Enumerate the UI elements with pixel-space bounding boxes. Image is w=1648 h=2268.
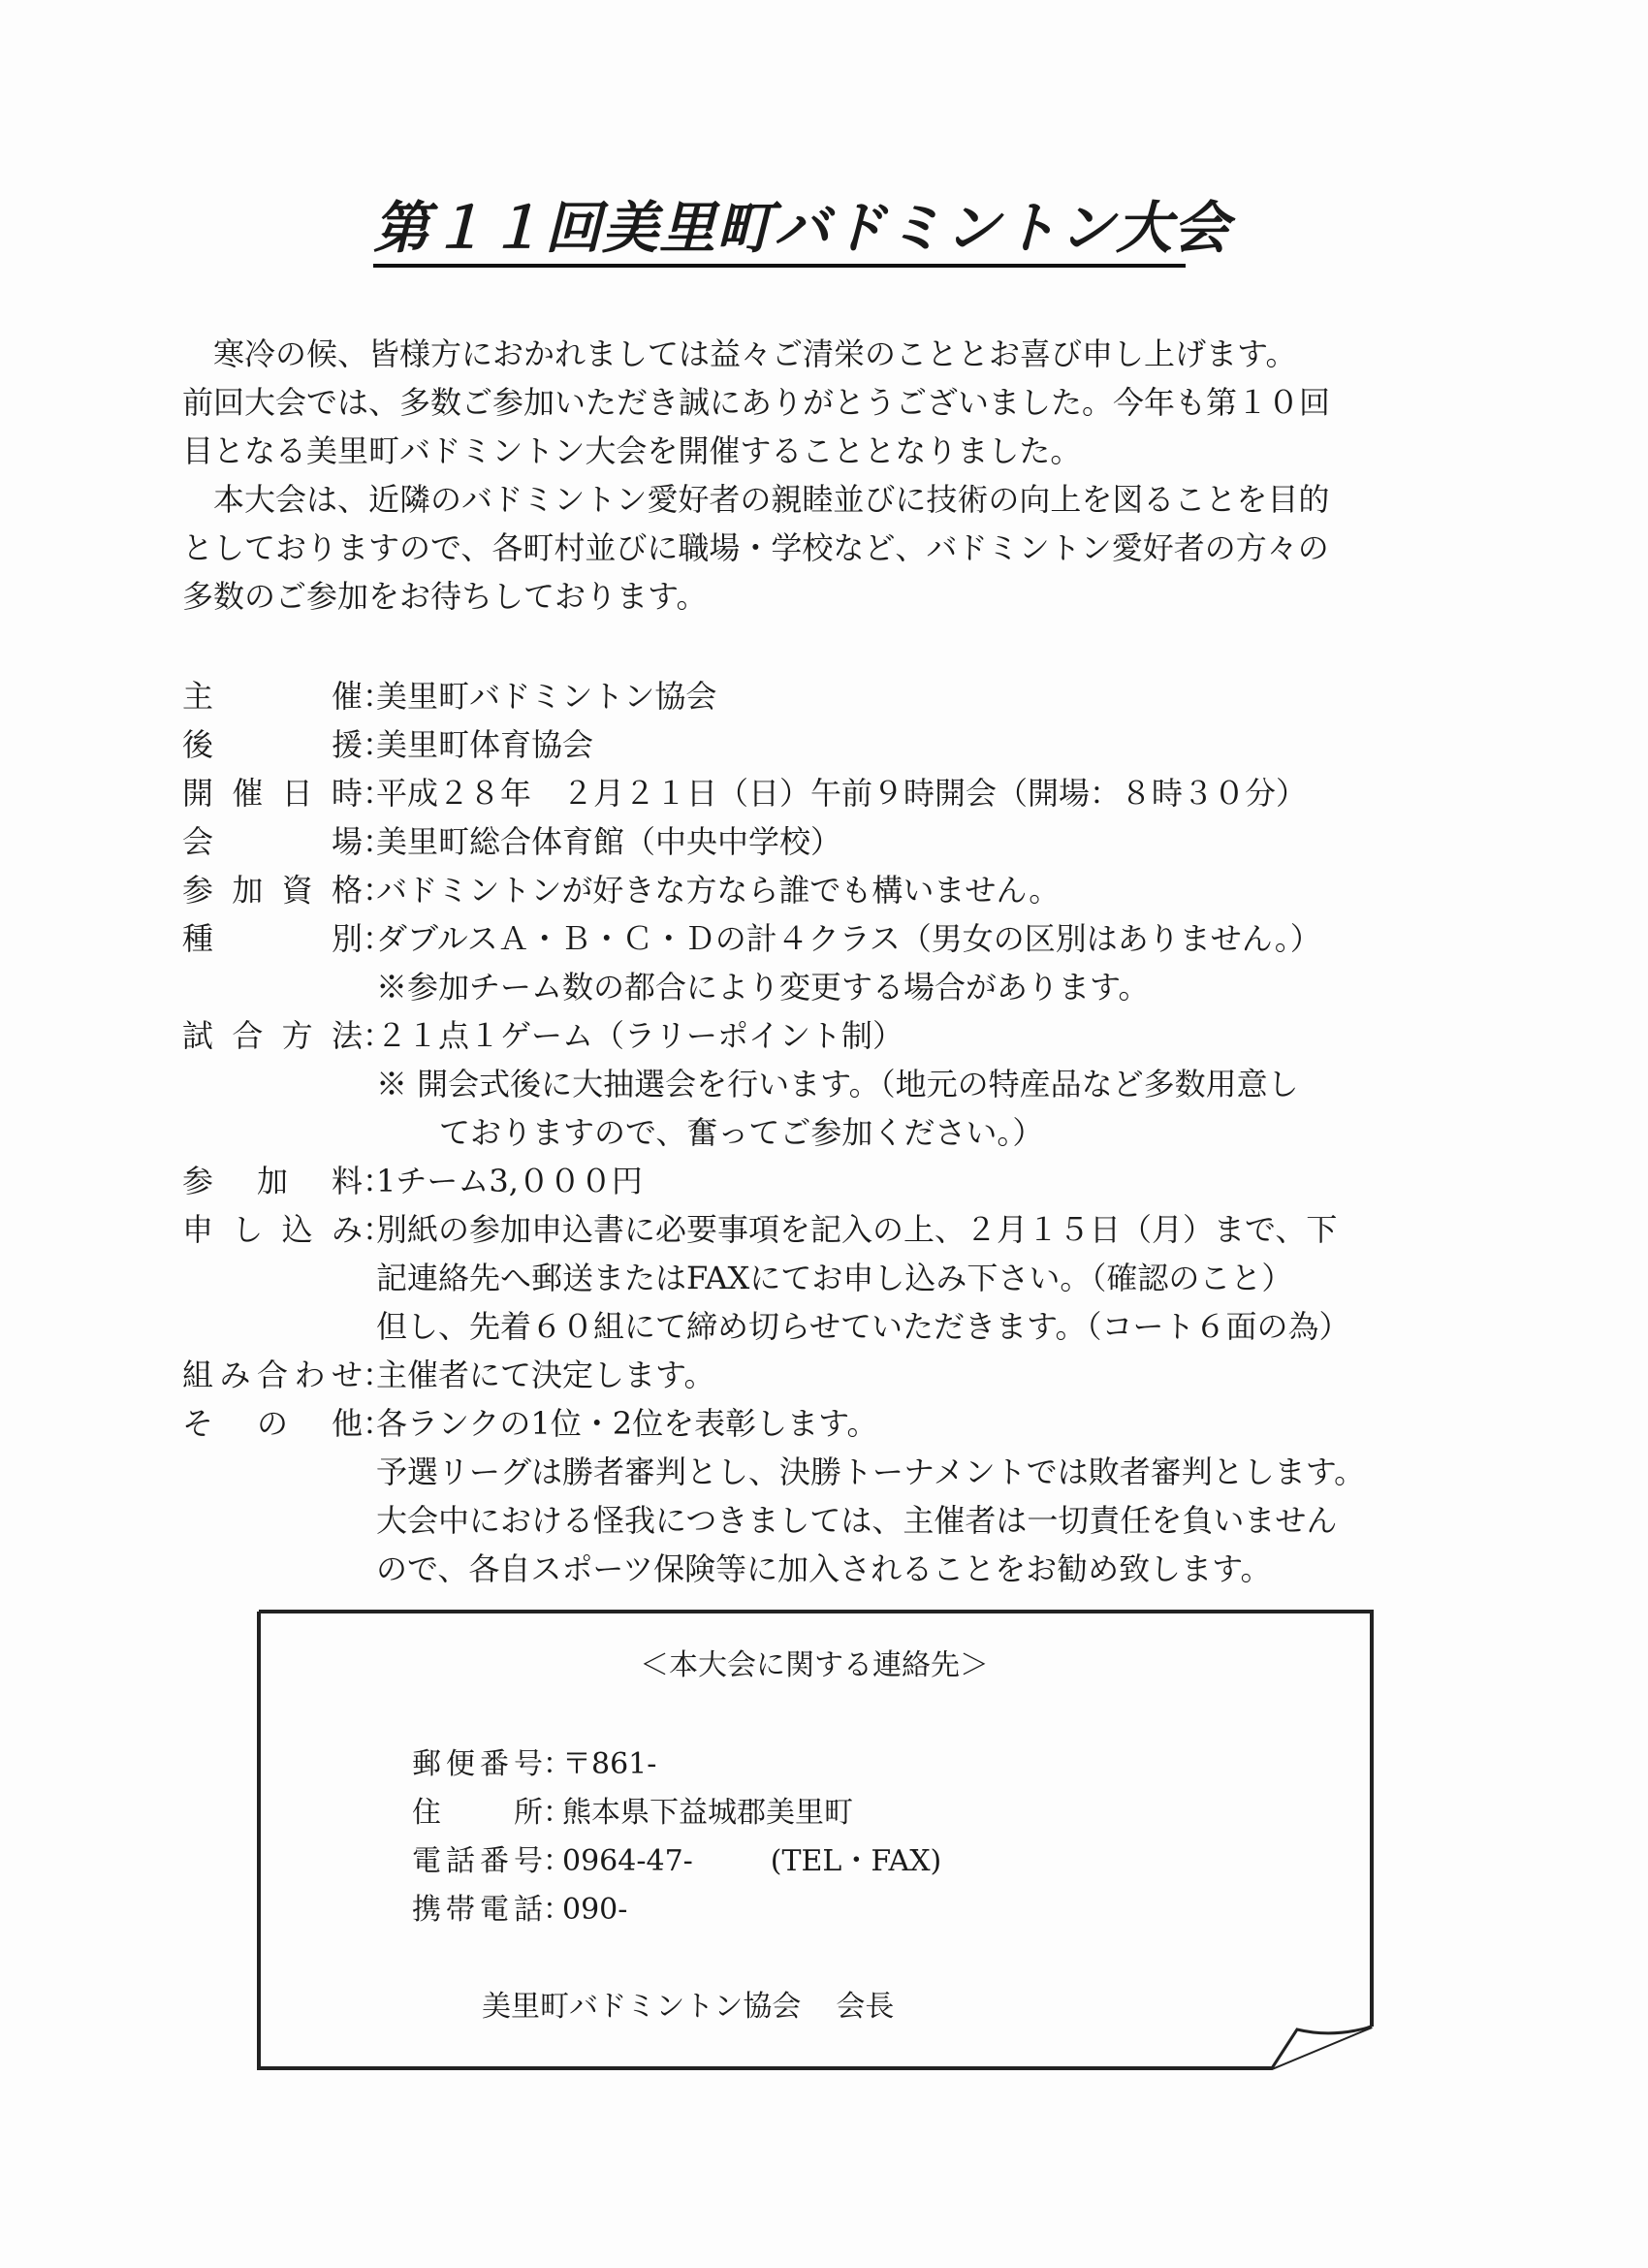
detail-date: 開催日時 ： 平成２８年 ２月２１日（日）午前９時開会（開場：８時３０分） (182, 769, 1442, 817)
detail-eligibility: 参加資格 ： バドミントンが好きな方なら誰でも構いません。 (182, 866, 1442, 914)
detail-value: バドミントンが好きな方なら誰でも構いません。 (376, 866, 1060, 914)
detail-label: 開催日時 (182, 769, 363, 817)
intro-line: 前回大会では、多数ご参加いただき誠にありがとうございました。今年も第１０回 (182, 378, 1404, 427)
contact-value: 〒861- (562, 1741, 656, 1789)
contact-value: 熊本県下益城郡美里町 (562, 1789, 853, 1837)
detail-fee: 参加料 ： 1チーム3,０００円 (182, 1157, 1442, 1205)
detail-value: ２１点１ゲーム（ラリーポイント制） (376, 1011, 903, 1060)
contact-label: 住所 (412, 1789, 543, 1837)
detail-venue: 会場 ： 美里町総合体育館（中央中学校） (182, 817, 1442, 866)
detail-other: その他 ： 各ランクの1位・2位を表彰します。 (182, 1399, 1442, 1448)
contact-label: 郵便番号 (412, 1741, 543, 1789)
contact-value: 090- (562, 1886, 627, 1934)
intro-line: 本大会は、近隣のバドミントン愛好者の親睦並びに技術の向上を図ることを目的 (182, 475, 1404, 524)
detail-value: 美里町バドミントン協会 (376, 672, 716, 720)
contact-phone: 電話番号 ： 0964-47-(TEL・FAX) (412, 1837, 941, 1886)
contact-heading: ＜本大会に関する連絡先＞ (257, 1642, 1372, 1690)
contact-postal: 郵便番号 ： 〒861- (412, 1741, 941, 1789)
detail-label: 後援 (182, 720, 363, 769)
signature: 美里町バドミントン協会会長 (482, 1983, 894, 2031)
detail-note: 大会中における怪我につきましては、主催者は一切責任を負いません (182, 1496, 1442, 1545)
detail-application: 申し込み ： 別紙の参加申込書に必要事項を記入の上、２月１５日（月）まで、下 (182, 1205, 1442, 1254)
detail-label: 会場 (182, 817, 363, 866)
signature-role: 会長 (836, 1990, 894, 2024)
detail-label: その他 (182, 1399, 363, 1448)
contact-address: 住所 ： 熊本県下益城郡美里町 (412, 1789, 941, 1837)
detail-note: 予選リーグは勝者審判とし、決勝トーナメントでは敗者審判とします。 (182, 1448, 1442, 1496)
contact-details: 郵便番号 ： 〒861- 住所 ： 熊本県下益城郡美里町 電話番号 ： 0964… (412, 1741, 941, 1934)
intro-line: 寒冷の候、皆様方におかれましては益々ご清栄のこととお喜び申し上げます。 (182, 330, 1404, 378)
detail-note: 但し、先着６０組にて締め切らせていただきます。（コート６面の為） (182, 1302, 1442, 1351)
detail-label: 試合方法 (182, 1011, 363, 1060)
detail-sponsor: 後援 ： 美里町体育協会 (182, 720, 1442, 769)
document-title: 第１１回美里町バドミントン大会 (373, 194, 1186, 268)
detail-match-format: 試合方法 ： ２１点１ゲーム（ラリーポイント制） (182, 1011, 1442, 1060)
contact-label: 携帯電話 (412, 1886, 543, 1934)
detail-value: 美里町体育協会 (376, 720, 593, 769)
detail-note: ので、各自スポーツ保険等に加入されることをお勧め致します。 (182, 1545, 1442, 1593)
detail-note: ※参加チーム数の都合により変更する場合があります。 (182, 963, 1442, 1011)
detail-value: 各ランクの1位・2位を表彰します。 (376, 1399, 878, 1448)
signature-org: 美里町バドミントン協会 (482, 1990, 801, 2024)
detail-value: 平成２８年 ２月２１日（日）午前９時開会（開場：８時３０分） (376, 769, 1307, 817)
intro-line: としておりますので、各町村並びに職場・学校など、バドミントン愛好者の方々の (182, 524, 1404, 572)
detail-note: ※ 開会式後に大抽選会を行います。（地元の特産品など多数用意し (182, 1060, 1442, 1108)
detail-value: 美里町総合体育館（中央中学校） (376, 817, 841, 866)
detail-note: 記連絡先へ郵送またはFAXにてお申し込み下さい。（確認のこと） (182, 1254, 1442, 1302)
contact-value: 0964-47- (562, 1844, 693, 1878)
intro-line: 目となる美里町バドミントン大会を開催することとなりました。 (182, 427, 1404, 475)
detail-label: 主催 (182, 672, 363, 720)
detail-label: 参加料 (182, 1157, 363, 1205)
detail-value: 1チーム3,０００円 (376, 1157, 643, 1205)
contact-label: 電話番号 (412, 1837, 543, 1886)
detail-value: 主催者にて決定します。 (376, 1351, 714, 1399)
intro-line: 多数のご参加をお待ちしております。 (182, 572, 1404, 621)
detail-organizer: 主催 ： 美里町バドミントン協会 (182, 672, 1442, 720)
event-details: 主催 ： 美里町バドミントン協会 後援 ： 美里町体育協会 開催日時 ： 平成２… (182, 672, 1442, 1593)
detail-label: 種別 (182, 914, 363, 963)
detail-label: 参加資格 (182, 866, 363, 914)
intro-paragraph: 寒冷の候、皆様方におかれましては益々ご清栄のこととお喜び申し上げます。 前回大会… (182, 330, 1404, 621)
detail-label: 組み合わせ (182, 1351, 363, 1399)
contact-phone-note: (TEL・FAX) (771, 1844, 941, 1878)
detail-value: ダブルスＡ・Ｂ・Ｃ・Ｄの計４クラス（男女の区別はありません。） (376, 914, 1321, 963)
detail-category: 種別 ： ダブルスＡ・Ｂ・Ｃ・Ｄの計４クラス（男女の区別はありません。） (182, 914, 1442, 963)
detail-pairing: 組み合わせ ： 主催者にて決定します。 (182, 1351, 1442, 1399)
detail-label: 申し込み (182, 1205, 363, 1254)
contact-mobile: 携帯電話 ： 090- (412, 1886, 941, 1934)
detail-note: ておりますので、奮ってご参加ください。） (182, 1108, 1442, 1157)
detail-value: 別紙の参加申込書に必要事項を記入の上、２月１５日（月）まで、下 (376, 1205, 1337, 1254)
